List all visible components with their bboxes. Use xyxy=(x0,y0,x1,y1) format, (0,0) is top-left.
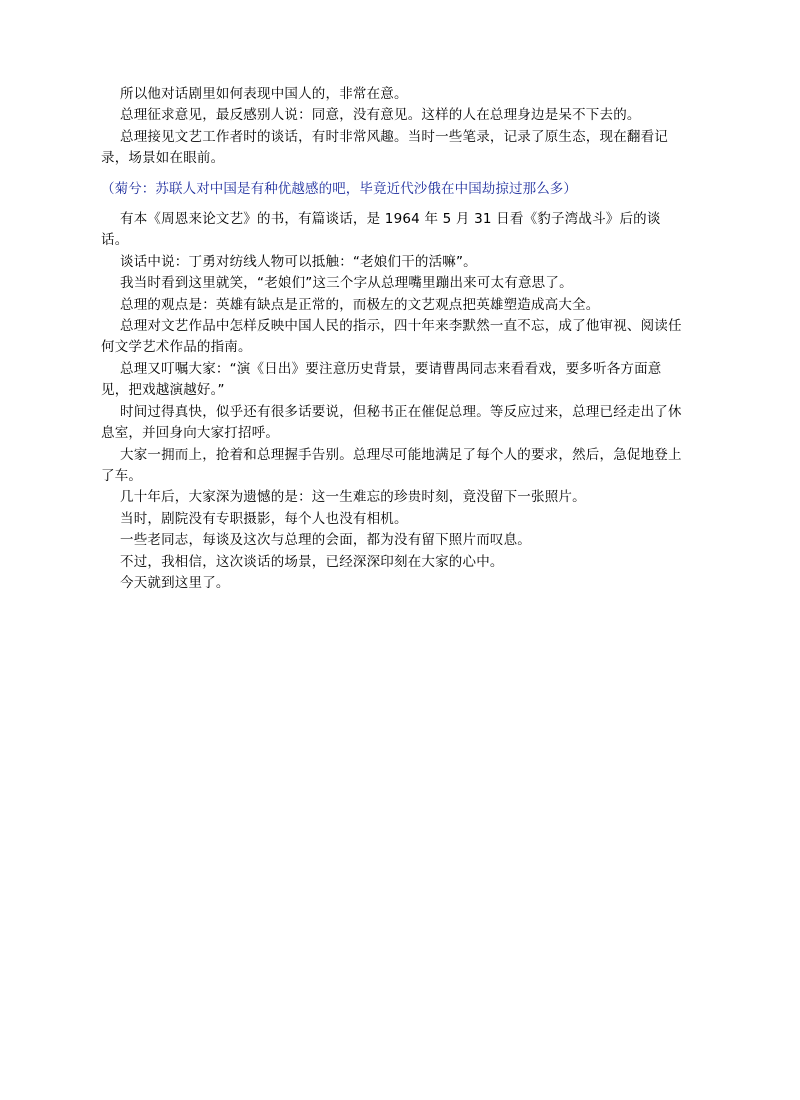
paragraph: 总理又叮嘱大家：“演《日出》要注意历史背景，要请曹禺同志来看看戏，要多听各方面意… xyxy=(101,359,683,402)
paragraph: 时间过得真快，似乎还有很多话要说，但秘书正在催促总理。等反应过来，总理已经走出了… xyxy=(101,402,683,445)
paragraph: 今天就到这里了。 xyxy=(101,573,683,594)
paragraph: 总理征求意见，最反感别人说：同意，没有意见。这样的人在总理身边是呆不下去的。 xyxy=(101,105,683,126)
paragraph: 谈话中说：丁勇对纺线人物可以抵触：“老娘们干的活嘛”。 xyxy=(101,252,683,273)
paragraph: 所以他对话剧里如何表现中国人的，非常在意。 xyxy=(101,84,683,105)
paragraph: 总理的观点是：英雄有缺点是正常的，而极左的文艺观点把英雄塑造成高大全。 xyxy=(101,295,683,316)
paragraph: 不过，我相信，这次谈话的场景，已经深深印刻在大家的心中。 xyxy=(101,552,683,573)
paragraph: 有本《周恩来论文艺》的书，有篇谈话，是 1964 年 5 月 31 日看《豹子湾… xyxy=(101,209,683,252)
paragraph: 我当时看到这里就笑，“老娘们”这三个字从总理嘴里蹦出来可太有意思了。 xyxy=(101,273,683,294)
document-page: 所以他对话剧里如何表现中国人的，非常在意。 总理征求意见，最反感别人说：同意，没… xyxy=(101,84,683,594)
paragraph: 总理对文艺作品中怎样反映中国人民的指示，四十年来李默然一直不忘，成了他审视、阅读… xyxy=(101,316,683,359)
paragraph: 几十年后，大家深为遗憾的是：这一生难忘的珍贵时刻，竟没留下一张照片。 xyxy=(101,487,683,508)
paragraph: 大家一拥而上，抢着和总理握手告别。总理尽可能地满足了每个人的要求，然后，急促地登… xyxy=(101,445,683,488)
paragraph: 当时，剧院没有专职摄影，每个人也没有相机。 xyxy=(101,509,683,530)
paragraph: 总理接见文艺工作者时的谈话，有时非常风趣。当时一些笔录，记录了原生态，现在翻看记… xyxy=(101,127,683,170)
editor-comment: （菊兮：苏联人对中国是有种优越感的吧，毕竟近代沙俄在中国劫掠过那么多） xyxy=(101,179,683,200)
paragraph: 一些老同志，每谈及这次与总理的会面，都为没有留下照片而叹息。 xyxy=(101,530,683,551)
